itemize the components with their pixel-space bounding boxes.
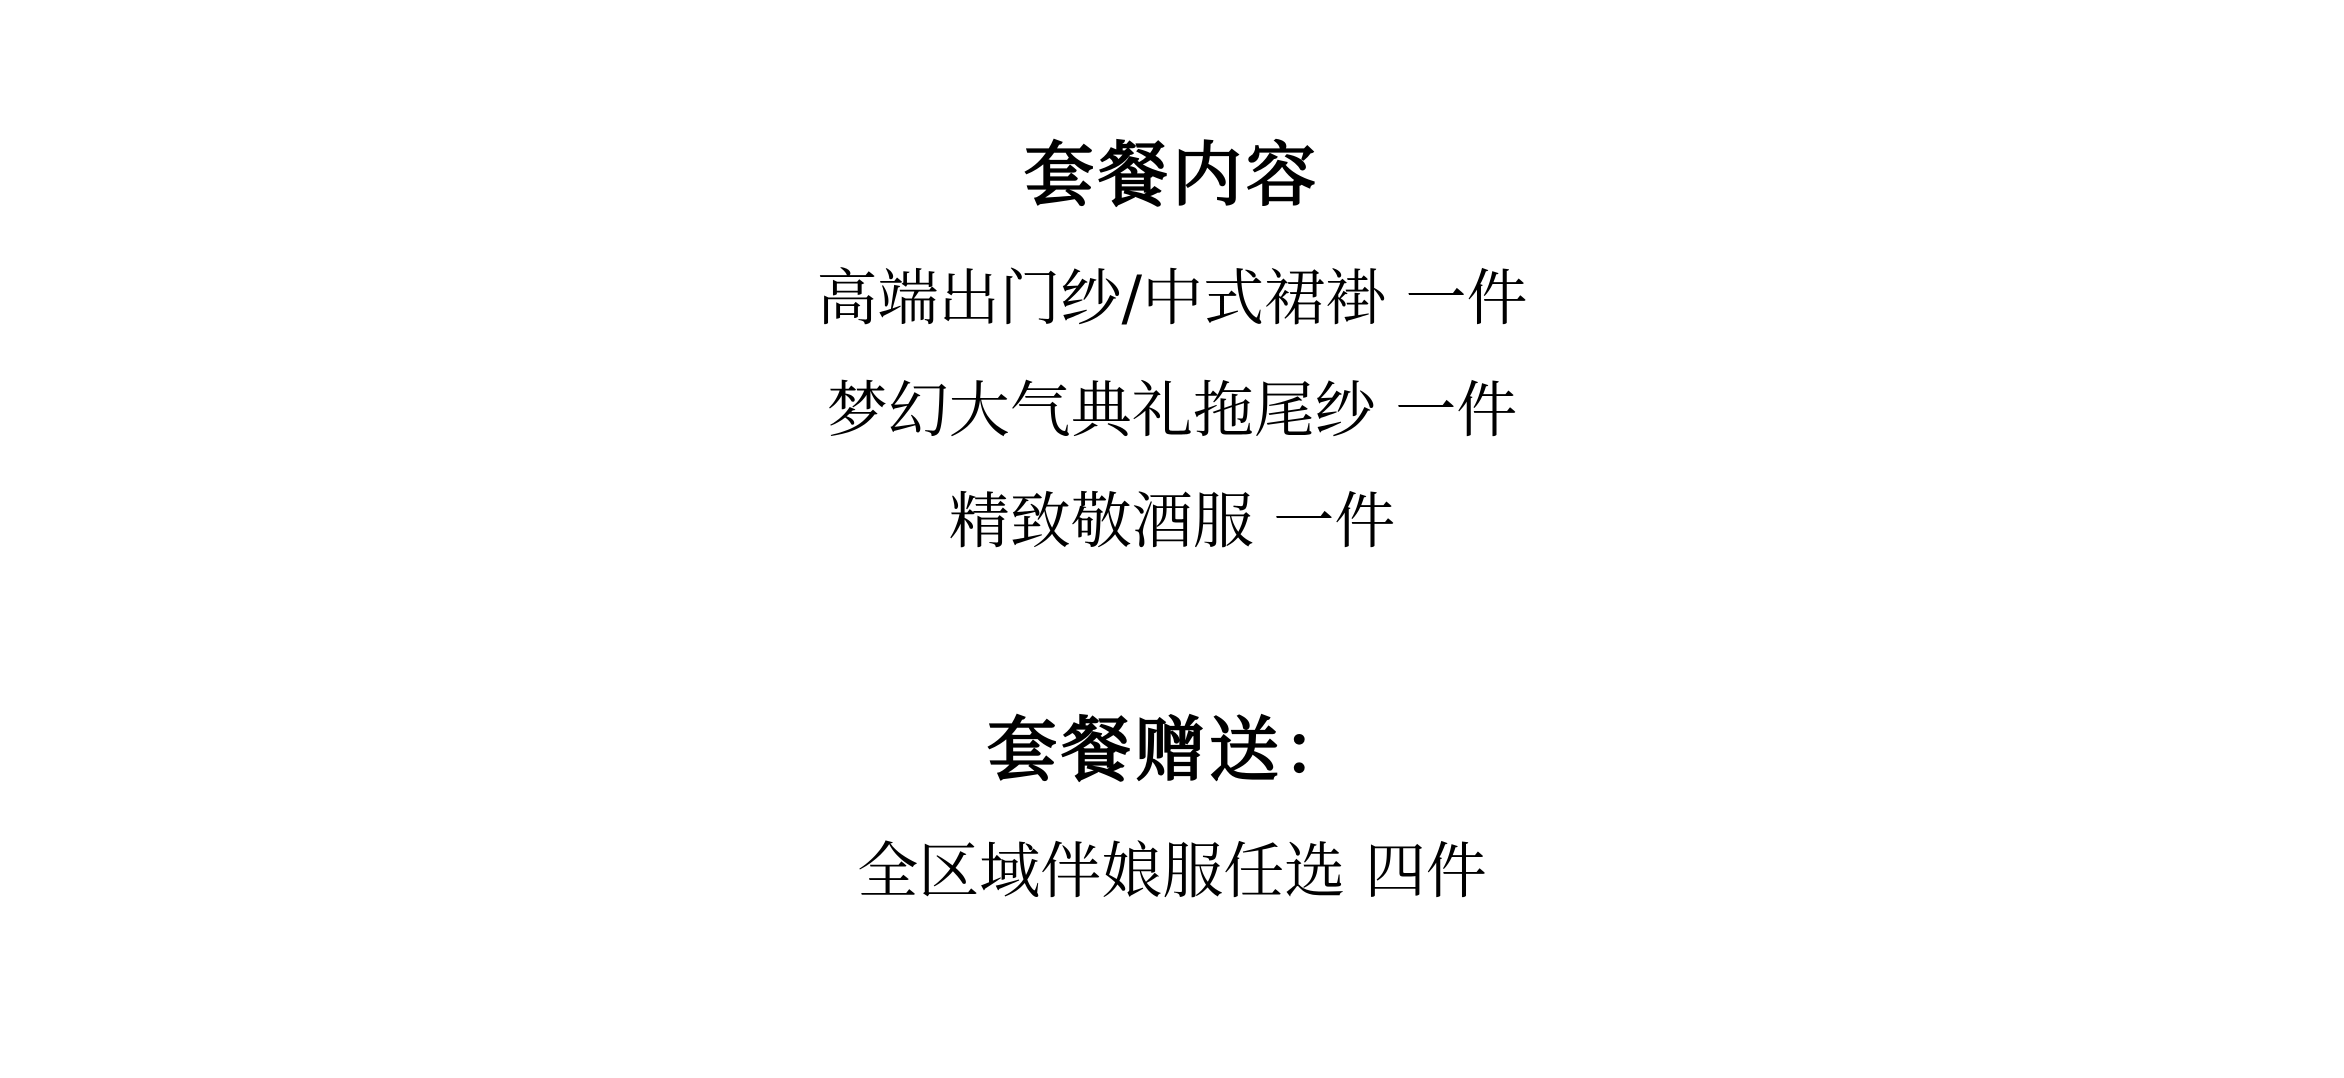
package-contents-heading: 套餐内容 (0, 140, 2344, 210)
package-gifts-heading: 套餐赠送： (0, 715, 2344, 785)
package-item-toasting-dress: 精致敬酒服 一件 (0, 491, 2344, 552)
package-item-trailing-ceremony-gown: 梦幻大气典礼拖尾纱 一件 (0, 380, 2344, 441)
gift-item-bridesmaid-dresses: 全区域伴娘服任选 四件 (0, 841, 2344, 902)
package-item-wedding-gown-or-qungua: 高端出门纱/中式裙褂 一件 (0, 268, 2344, 329)
